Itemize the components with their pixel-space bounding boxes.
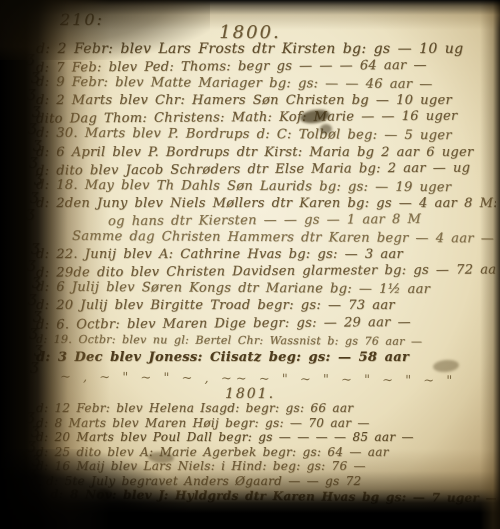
pen-flourish-mark: ʒ [27, 254, 35, 272]
register-scan: 210: 1800. d: 2 Febr: blev Lars Frosts d… [0, 0, 500, 529]
ink-blot [96, 489, 112, 501]
year-heading-1800: 1800. [0, 22, 500, 43]
register-entry: d: 3 Dec blev Joness: Ciisatz beg: gs: —… [36, 349, 496, 366]
ink-blot [320, 124, 332, 134]
pen-flourish-mark: ʒ [33, 478, 41, 496]
pen-flourish-mark: ʒ [29, 322, 37, 340]
pen-flourish-mark: ʒ [27, 83, 35, 101]
register-entry: d: 2 Marts blev Chr: Hamers Søn Christen… [36, 92, 496, 109]
pen-flourish-mark: ʒ [28, 288, 36, 306]
manuscript-page: 210: 1800. d: 2 Febr: blev Lars Frosts d… [0, 0, 500, 529]
register-entry: Samme dag Christen Hammers dtr Karen beg… [36, 228, 496, 248]
pen-flourish-mark: ʒ [31, 66, 39, 84]
register-entry: d: 19. Octbr: blev nu gl: Bertel Chr: Wa… [36, 330, 496, 350]
pen-flourish-mark: ʒ [34, 168, 42, 186]
pen-flourish-mark: ʒ [33, 134, 41, 152]
pen-flourish-mark: ʒ [28, 117, 36, 135]
register-entry: d: 30. Marts blev P. Bordrups d: C: Tolb… [36, 125, 496, 145]
pen-flourish-mark: ʒ [26, 48, 34, 66]
pen-flourish-mark: ʒ [31, 237, 39, 255]
register-entry: d: 2den Juny blev Niels Møllers dtr Kare… [36, 195, 496, 212]
register-entry: d: 2 Febr: blev Lars Frosts dtr Kirsten … [36, 41, 496, 58]
year-heading-1801: 1801. [0, 386, 500, 402]
register-entry: d: 6 April blev P. Bordrups dtr Kirst: M… [36, 144, 496, 161]
margin-flourishes: ʒʒʒʒʒʒʒʒʒʒʒʒʒʒʒʒʒʒʒʒʒʒʒʒ [0, 0, 46, 529]
pen-flourish-mark: ʒ [33, 305, 41, 323]
pen-flourish-mark: ʒ [26, 203, 34, 221]
pen-flourish-mark: ʒ [29, 151, 37, 169]
pen-flourish-mark: ʒ [32, 271, 40, 289]
register-entry: d: 5te July begravet Anders Øgaard — — g… [36, 474, 496, 489]
register-entry: d: 12 Febr: blev Helena Isagd: begr: gs:… [36, 401, 496, 416]
burial-entries-1801: d: 12 Febr: blev Helena Isagd: begr: gs:… [36, 401, 496, 503]
pen-flourish-mark: ʒ [32, 100, 40, 118]
register-entry: d: 20 Marts blev Poul Dall begr: gs — — … [36, 430, 496, 445]
register-entry: d: 8 Marts blev Maren Høij begr: gs: — 7… [36, 416, 496, 431]
pen-flourish-mark: ʒ [30, 186, 38, 204]
ink-blot [433, 359, 460, 373]
pen-flourish-mark: ʒ [34, 339, 42, 357]
burial-entries-1800: d: 2 Febr: blev Lars Frosts dtr Kirsten … [36, 41, 496, 366]
register-entry: d: 6 Julij blev Søren Kongs dtr Mariane … [36, 279, 496, 299]
register-entry: d: 22. Junij blev A: Cathrine Hvas bg: g… [36, 246, 496, 263]
pen-flourish-mark: ʒ [30, 356, 38, 374]
register-entry: d: 25 dito blev A: Marie Agerbek begr: g… [36, 445, 496, 460]
register-entry: d: 18. May blev Th Dahls Søn Laurids bg:… [36, 176, 496, 196]
register-entry: d: 16 Maij blev Lars Niels: i Hind: beg:… [36, 459, 496, 474]
register-entry: d: 20 Julij blev Birgitte Troad begr: gs… [36, 297, 496, 314]
register-entry: d: 9 Febr: blev Matte Mariager bg: gs: —… [36, 74, 496, 94]
